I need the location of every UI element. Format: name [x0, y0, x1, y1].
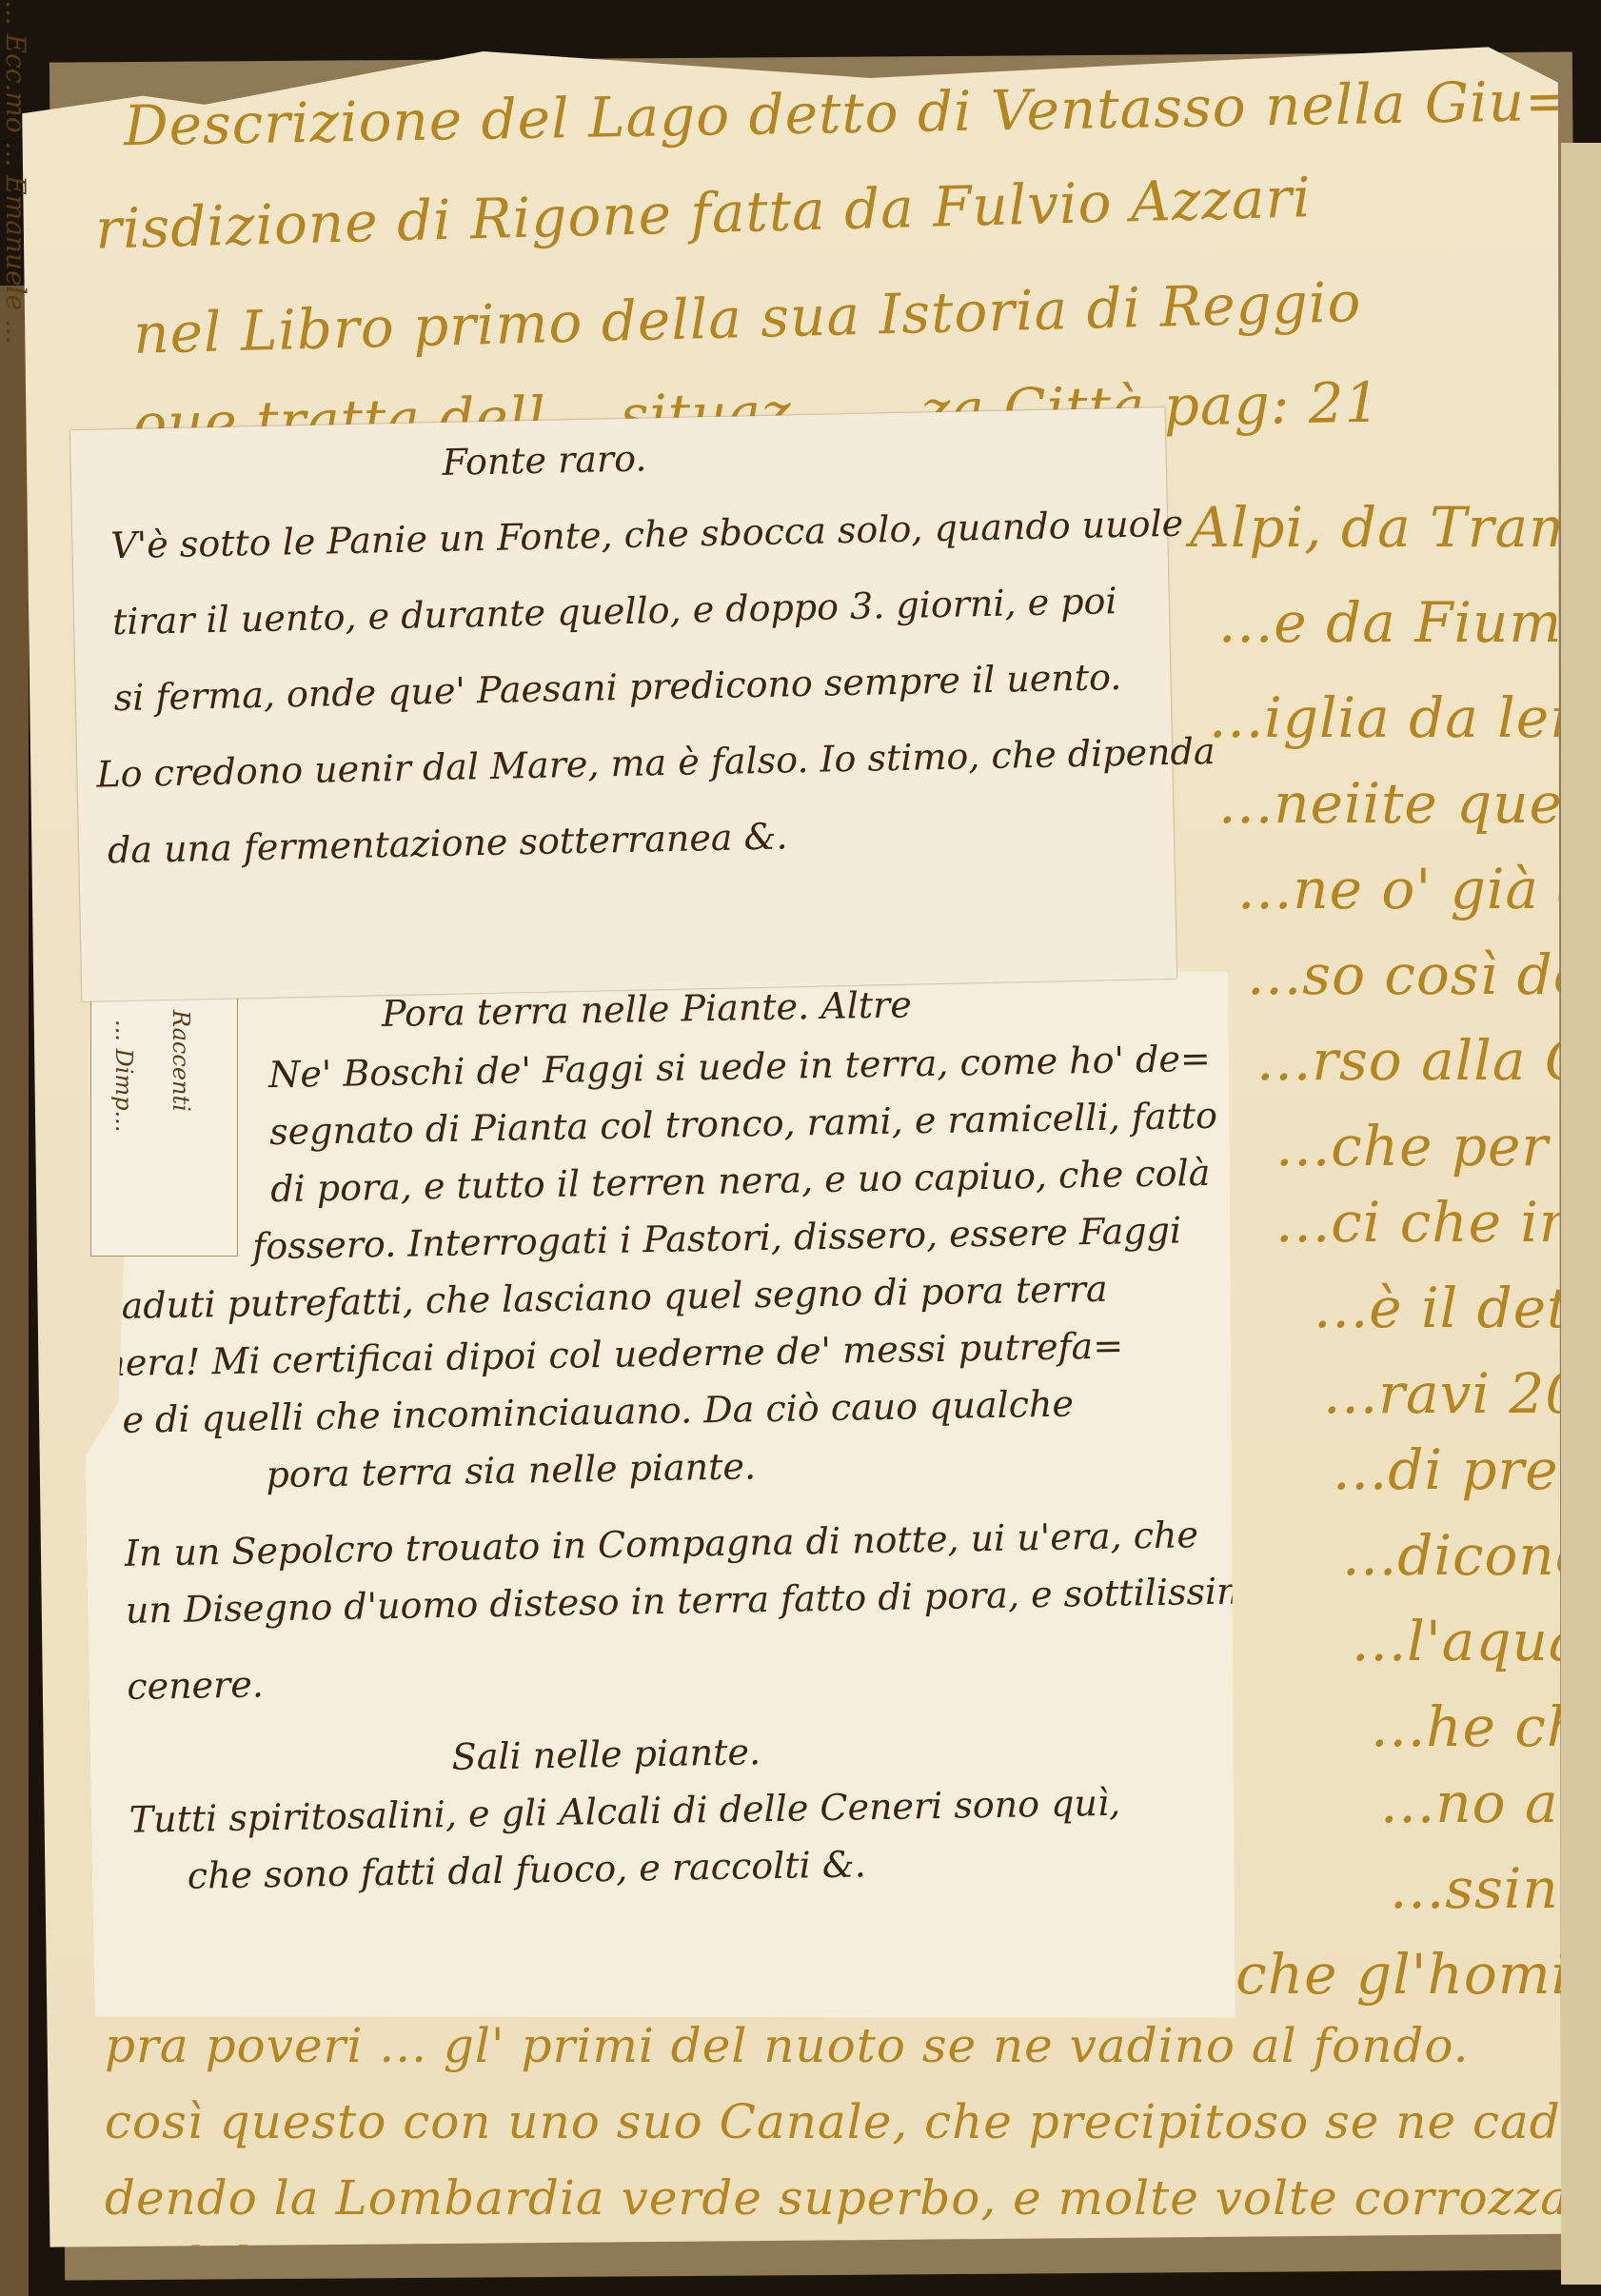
note-heading: Fonte raro.	[442, 437, 647, 483]
main-line: risdizione di Rigone fatta da Fulvio Azz…	[94, 165, 1312, 261]
note-line: che sono fatti dal fuoco, e raccolti &.	[187, 1843, 866, 1896]
main-line-right: ...che per esse=	[1275, 1114, 1601, 1178]
note-line: pora terra sia nelle piante.	[266, 1445, 756, 1495]
note-line: nera! Mi certificai dipoi col uederne de…	[102, 1325, 1123, 1385]
note-line: In un Sepolcro trouato in Compagna di no…	[125, 1514, 1199, 1574]
main-line-right: ...ne o' già detto	[1237, 857, 1601, 921]
note-line: V'è sotto le Panie un Fonte, che sbocca …	[110, 503, 1184, 567]
main-line-right: ...e da Fiumi	[1218, 590, 1581, 655]
main-line-bottom: dendo la Lombardia verde superbo, e molt…	[105, 2170, 1570, 2226]
note-line: un Disegno d'uomo disteso in terra fatto…	[126, 1570, 1274, 1632]
main-line-right: Alpi, da Tramon=	[1190, 495, 1601, 560]
vertical-margin-text: ... Ecc.mo ... Emanuele ...	[0, 0, 31, 345]
note-line: Lo credono uenir dal Mare, ma è falso. I…	[96, 730, 1216, 796]
note-slip-upper: Fonte raro. V'è sotto le Panie un Fonte,…	[70, 407, 1176, 1001]
main-line-right: ...so così detto	[1247, 942, 1601, 1007]
main-line-right: ...ravi 200:	[1323, 1361, 1601, 1426]
note-line: cenere.	[127, 1663, 264, 1707]
note-line: fossero. Interrogati i Pastori, dissero,…	[252, 1209, 1182, 1267]
right-edge-sheet	[1561, 143, 1601, 2285]
note-line: caduti putrefatti, che lasciano quel seg…	[101, 1268, 1108, 1327]
note-line: Tutti spiritosalini, e gli Alcali di del…	[128, 1782, 1120, 1841]
note-line: Ne' Boschi de' Faggi si uede in terra, c…	[268, 1038, 1211, 1096]
tag-text: ... Dimp...	[110, 1019, 137, 1132]
note-line: da una fermentazione sotterranea &.	[108, 815, 788, 871]
main-line: Descrizione del Lago detto di Ventasso n…	[124, 69, 1573, 159]
small-tag-slip: ... Dimp... Raccenti	[90, 990, 238, 1257]
main-line-right: ...è il detto	[1314, 1276, 1601, 1340]
note-line: tirar il uento, e durante quello, e dopp…	[112, 580, 1117, 643]
main-line-right: ...iglia da lena	[1209, 685, 1601, 750]
main-line-bottom: pra poveri ... gl' primi del nuoto se ne…	[105, 2018, 1470, 2073]
note-line: di pora, e tutto il terren nera, e uo ca…	[270, 1152, 1211, 1210]
note-heading: Sali nelle piante.	[451, 1731, 761, 1778]
tag-text: Raccenti	[168, 1010, 194, 1112]
main-line-right: ...neiite quello	[1218, 771, 1601, 836]
main-line-right: ...ci che in tes=	[1275, 1190, 1601, 1255]
main-line-bottom: così questo con uno suo Canale, che prec…	[105, 2094, 1601, 2149]
note-slip-lower: Pora terra nelle Piante. Altre Ne' Bosch…	[76, 961, 1246, 2038]
note-line: segnato di Pianta col tronco, rami, e ra…	[269, 1095, 1217, 1153]
main-line: nel Libro primo della sua Istoria di Reg…	[132, 269, 1362, 366]
left-edge-binding	[0, 286, 29, 2296]
main-line-right: ...rso alla Giu=	[1256, 1028, 1601, 1093]
note-line: si ferma, onde que' Paesani predicono se…	[113, 656, 1121, 719]
note-line: e di quelli che incominciauano. Da ciò c…	[122, 1382, 1074, 1440]
main-line-bottom: ...che gl'homini so=	[1180, 1942, 1601, 2007]
